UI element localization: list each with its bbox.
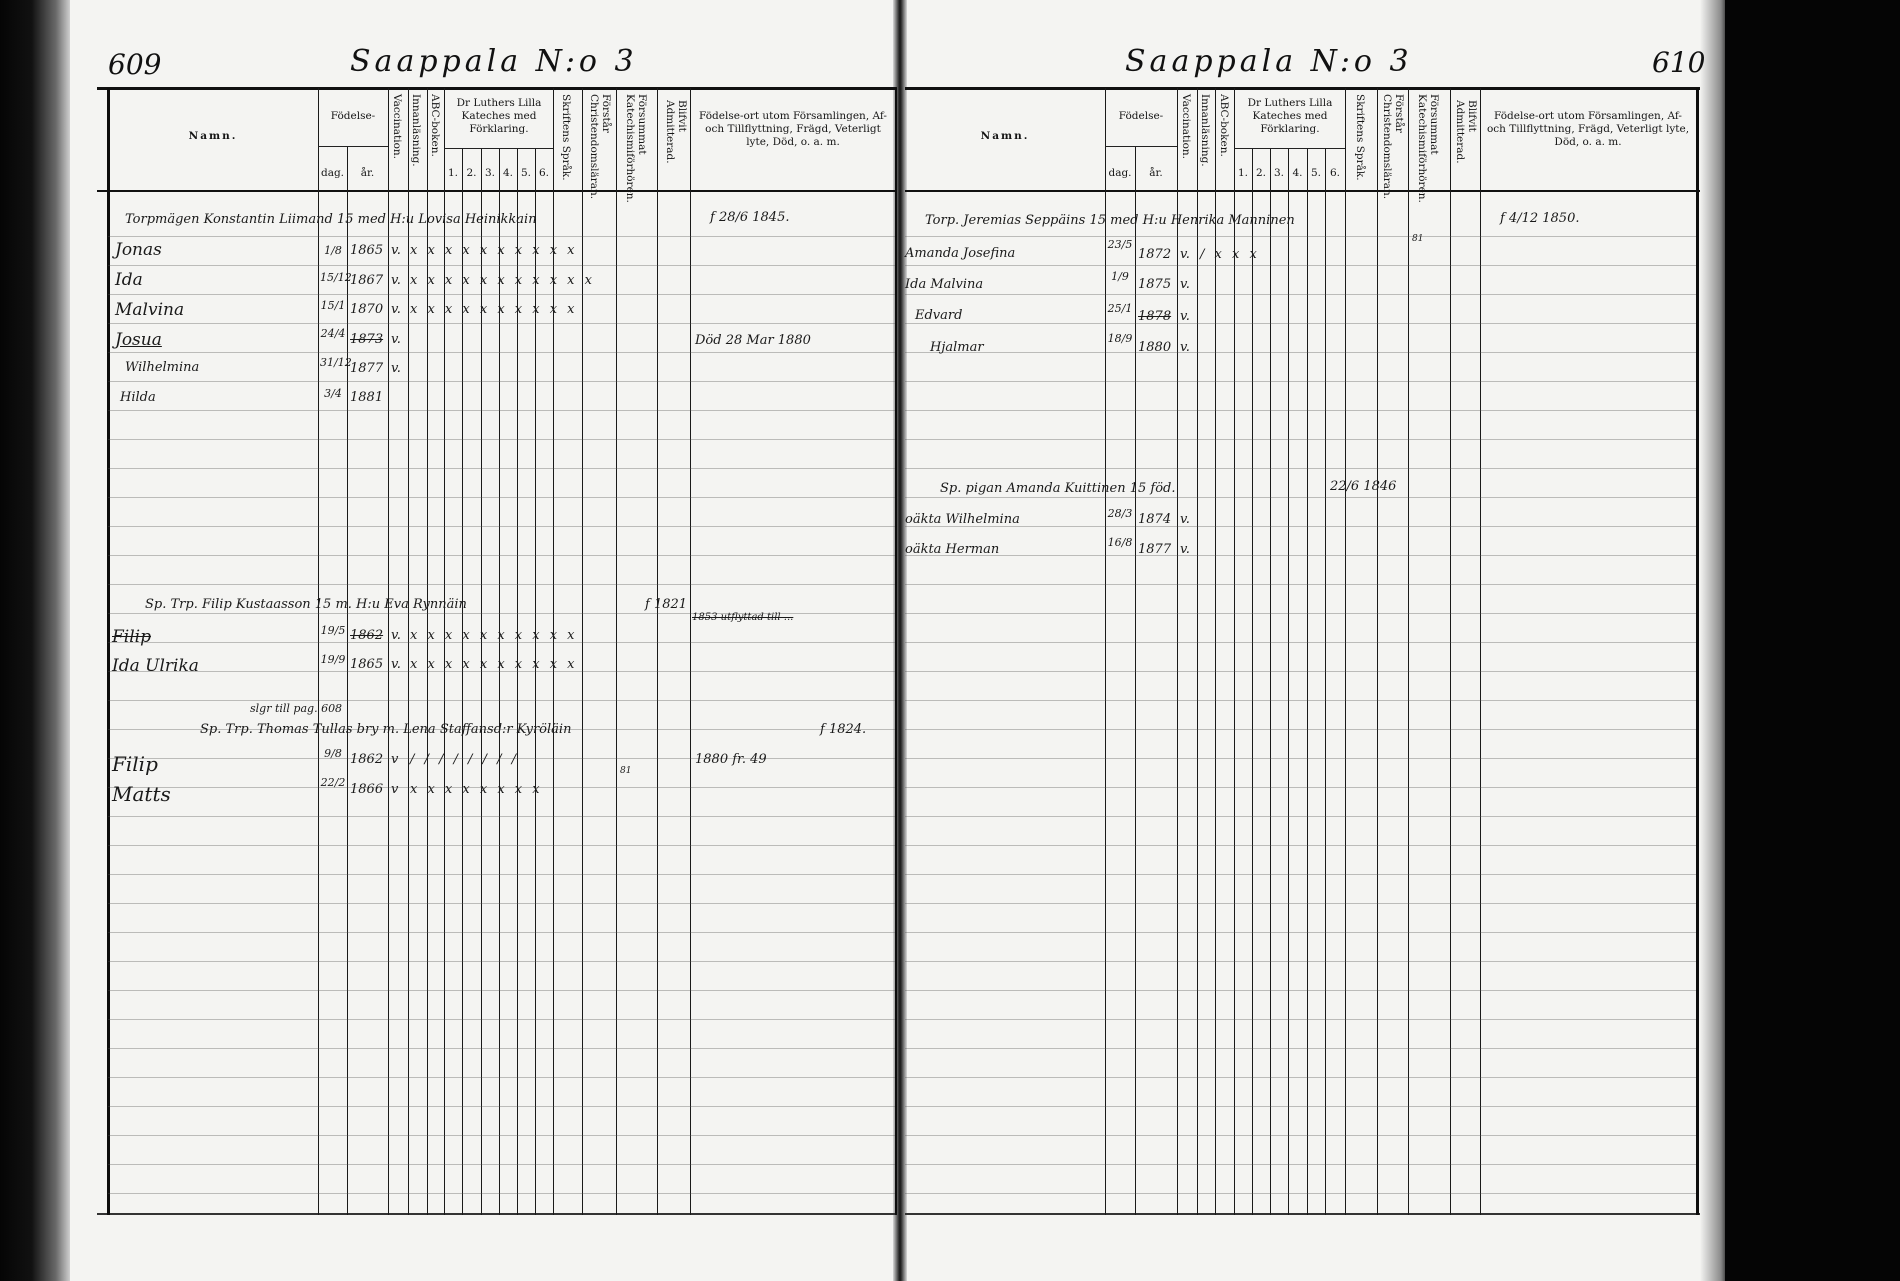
header-birth-year: år.	[1135, 167, 1177, 180]
member-marks: / x x x	[1200, 247, 1260, 262]
member-year: 1880	[1138, 340, 1171, 355]
member-vacc: v.	[1180, 542, 1190, 557]
member-year: 1872	[1138, 247, 1171, 262]
right-page: Saappala N:o 3 610 Namn. Födelse- dag. å…	[0, 0, 1720, 1281]
member-vacc: v.	[1180, 309, 1190, 324]
table-bottom-rule	[905, 1213, 1700, 1215]
header-skrift: Skriftens Språk.	[1354, 94, 1366, 181]
member-vacc: v.	[1180, 512, 1190, 527]
catechism-col-2: 2.	[1252, 167, 1270, 179]
table-right-border	[1696, 88, 1699, 1215]
member-name: Edvard	[915, 308, 962, 323]
member-name: oäkta Wilhelmina	[905, 512, 1020, 527]
catechism-col-1: 1.	[1234, 167, 1252, 179]
header-bottom-rule	[905, 190, 1700, 192]
member-name: Amanda Josefina	[905, 246, 1015, 261]
page-number: 610	[1652, 46, 1705, 79]
member-vacc: v.	[1180, 277, 1190, 292]
header-birth: Födelse-	[1105, 110, 1177, 123]
member-day: 23/5	[1107, 240, 1133, 250]
catechism-col-5: 5.	[1307, 167, 1325, 179]
header-forstar: Förstår Christendomsläran.	[1381, 94, 1405, 186]
header-remarks: Födelse-ort utom Församlingen, Af- och T…	[1484, 110, 1692, 149]
header-blifvit: Blifvit Admitterad.	[1454, 100, 1478, 180]
farm-title: Saappala N:o 3	[1125, 44, 1413, 79]
member-year: 1874	[1138, 512, 1171, 527]
header-top-rule	[905, 87, 1700, 90]
member-day: 1/9	[1107, 272, 1133, 282]
member-day: 16/8	[1107, 538, 1133, 548]
member-day: 25/1	[1107, 304, 1133, 314]
household-head-birth: 22/6 1846	[1330, 479, 1396, 494]
household-head: Torp. Jeremias Seppäins 15 med H:u Henri…	[925, 213, 1295, 228]
member-name: oäkta Herman	[905, 542, 999, 557]
header-catechism: Dr Luthers Lilla Kateches med Förklaring…	[1238, 97, 1342, 136]
header-birth-day: dag.	[1105, 167, 1135, 180]
member-year: 1878	[1138, 309, 1171, 324]
scan-shadow-right	[1725, 0, 1900, 1281]
household-forsummat: 81	[1412, 234, 1423, 244]
member-name: Hjalmar	[930, 340, 984, 355]
member-year: 1875	[1138, 277, 1171, 292]
member-vacc: v.	[1180, 247, 1190, 262]
catechism-col-6: 6.	[1325, 167, 1345, 179]
header-innanlasning: Innanläsning.	[1199, 94, 1211, 167]
member-vacc: v.	[1180, 340, 1190, 355]
header-forsummat: Försummat Katechismiförhören.	[1416, 94, 1440, 186]
header-name: Namn.	[905, 130, 1105, 143]
member-day: 18/9	[1107, 334, 1133, 344]
household-head-birth: f 4/12 1850.	[1500, 211, 1580, 226]
header-abc: ABC-boken.	[1218, 94, 1230, 157]
header-vaccination: Vaccination.	[1180, 94, 1192, 159]
catechism-col-4: 4.	[1288, 167, 1307, 179]
member-name: Ida Malvina	[905, 277, 983, 292]
catechism-col-3: 3.	[1270, 167, 1288, 179]
member-year: 1877	[1138, 542, 1171, 557]
member-day: 28/3	[1107, 509, 1133, 519]
household-head: Sp. pigan Amanda Kuittinen 15 föd.	[940, 481, 1176, 496]
